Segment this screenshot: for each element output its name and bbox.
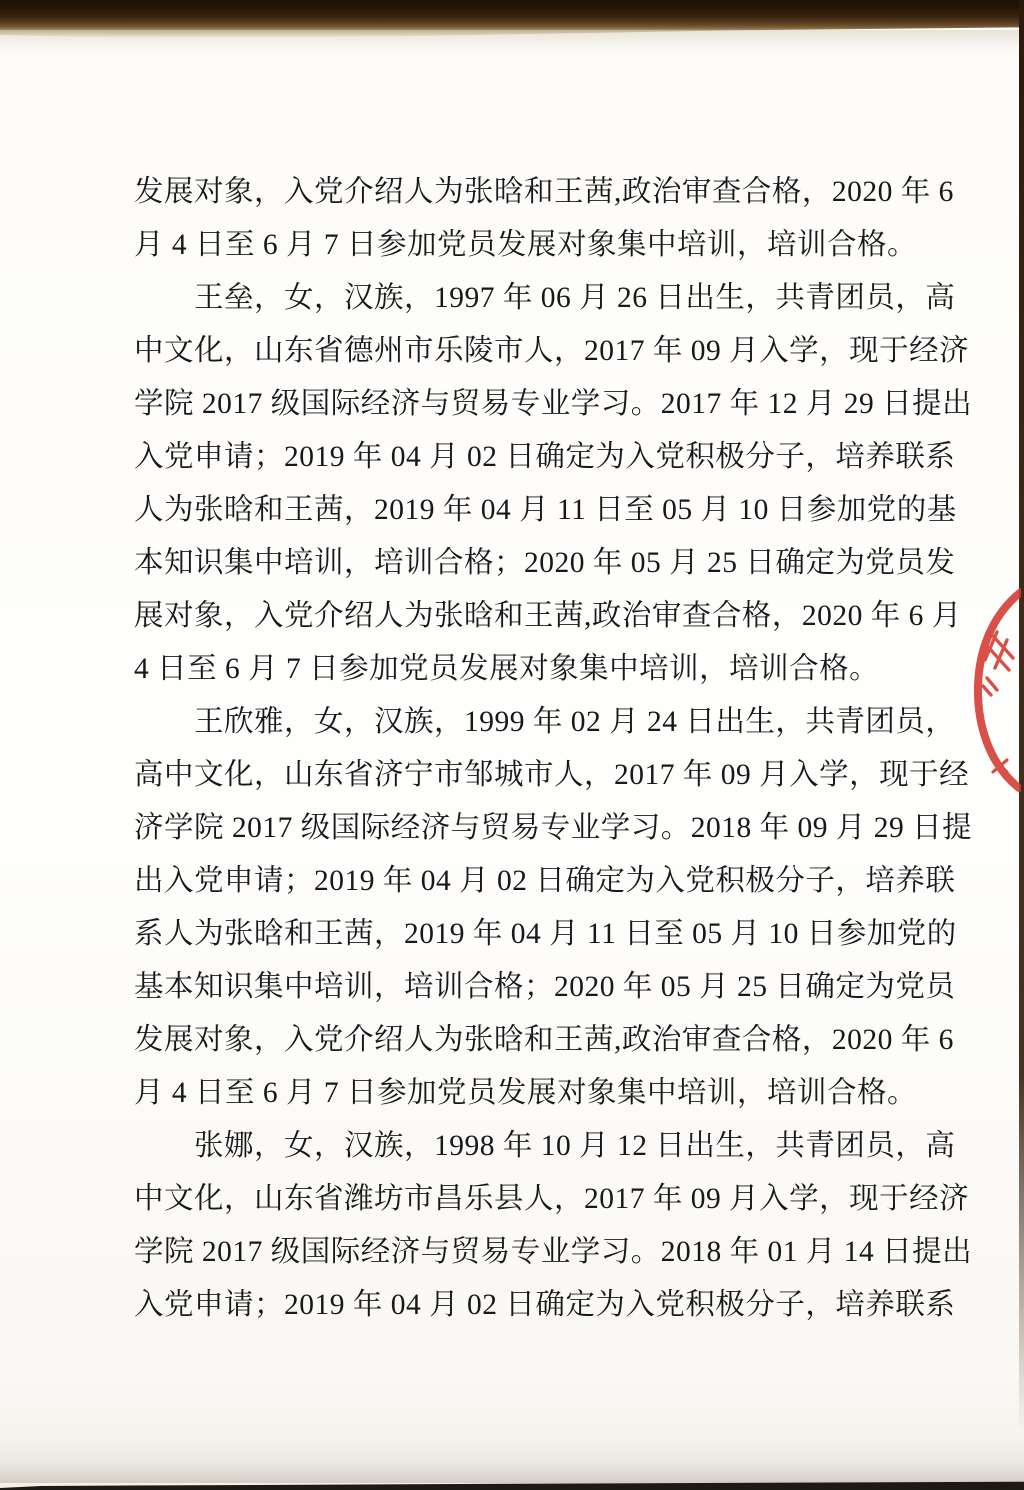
text-line: 发展对象，入党介绍人为张晗和王茜,政治审查合格，2020 年 6 [134, 1014, 900, 1067]
text-line: 张娜，女，汉族，1998 年 10 月 12 日出生，共青团员，高 [134, 1120, 900, 1173]
document-body-text: 发展对象，入党介绍人为张晗和王茜,政治审查合格，2020 年 6 月 4 日至 … [134, 166, 900, 1332]
text-line: 基本知识集中培训，培训合格；2020 年 05 月 25 日确定为党员 [134, 961, 900, 1014]
text-line: 中文化，山东省潍坊市昌乐县人，2017 年 09 月入学，现于经济 [134, 1173, 900, 1226]
text-line: 展对象，入党介绍人为张晗和王茜,政治审查合格，2020 年 6 月 [134, 590, 900, 643]
text-line: 中文化，山东省德州市乐陵市人，2017 年 09 月入学，现于经济 [134, 325, 900, 378]
text-line: 4 日至 6 月 7 日参加党员发展对象集中培训，培训合格。 [134, 643, 900, 696]
text-line: 本知识集中培训，培训合格；2020 年 05 月 25 日确定为党员发 [134, 537, 900, 590]
text-line: 王垒，女，汉族，1997 年 06 月 26 日出生，共青团员，高 [134, 272, 900, 325]
text-line: 月 4 日至 6 月 7 日参加党员发展对象集中培训，培训合格。 [134, 1067, 900, 1120]
scanned-document-page: 发展对象，入党介绍人为张晗和王茜,政治审查合格，2020 年 6 月 4 日至 … [0, 0, 1024, 1490]
text-line: 学院 2017 级国际经济与贸易专业学习。2017 年 12 月 29 日提出 [134, 378, 900, 431]
text-line: 入党申请；2019 年 04 月 02 日确定为入党积极分子，培养联系 [134, 1279, 900, 1332]
text-line: 王欣雅，女，汉族，1999 年 02 月 24 日出生，共青团员， [134, 696, 900, 749]
red-seal-stamp-fragment [963, 574, 1021, 814]
page-bottom-shadow [0, 1437, 1024, 1483]
scanner-top-edge-shadow [0, 30, 1024, 58]
text-line: 发展对象，入党介绍人为张晗和王茜,政治审查合格，2020 年 6 [134, 166, 900, 219]
text-line: 系人为张晗和王茜，2019 年 04 月 11 日至 05 月 10 日参加党的 [134, 908, 900, 961]
text-line: 济学院 2017 级国际经济与贸易专业学习。2018 年 09 月 29 日提 [134, 802, 900, 855]
text-line: 月 4 日至 6 月 7 日参加党员发展对象集中培训，培训合格。 [134, 219, 900, 272]
page-right-edge-line [1019, 0, 1024, 1432]
text-line: 人为张晗和王茜，2019 年 04 月 11 日至 05 月 10 日参加党的基 [134, 484, 900, 537]
text-line: 出入党申请；2019 年 04 月 02 日确定为入党积极分子，培养联 [134, 855, 900, 908]
text-line: 入党申请；2019 年 04 月 02 日确定为入党积极分子，培养联系 [134, 431, 900, 484]
text-line: 高中文化，山东省济宁市邹城市人，2017 年 09 月入学，现于经 [134, 749, 900, 802]
text-line: 学院 2017 级国际经济与贸易专业学习。2018 年 01 月 14 日提出 [134, 1226, 900, 1279]
